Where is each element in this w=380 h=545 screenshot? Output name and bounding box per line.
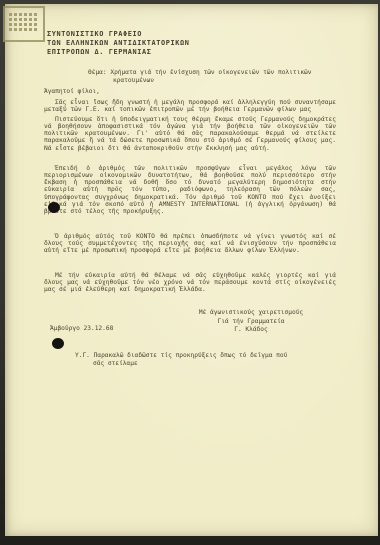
body-paragraph: Ὁ ἀριθμός αὐτός τοῦ KONTO θά πρέπει ὁπωσ…: [44, 233, 336, 254]
dateline: Ἁμβοῦργο 23.12.68: [50, 325, 113, 332]
punch-hole: [48, 202, 60, 213]
punch-hole: [52, 338, 64, 349]
scanned-letter: ΣΥΝΤΟΝΙΣΤΙΚΟ ΓΡΑΦΕΙΟ ΤΩΝ ΕΛΛΗΝΙΚΩΝ ΑΝΤΙΔ…: [0, 0, 380, 545]
salutation: Ἀγαπητοί φίλοι,: [44, 88, 100, 95]
postscript-line-2: σᾶς στείλαμε: [93, 360, 138, 367]
stamp-text-line: [9, 28, 39, 31]
letterhead-line-3: ΕΠΙΤΡΟΠΩΝ Δ. ΓΕΡΜΑΝΙΑΣ: [47, 48, 151, 56]
postscript-line-1: Υ.Γ. Παρακαλῶ διαδῶστε τίς προκηρύξεις ὅ…: [75, 352, 287, 359]
letterhead-line-1: ΣΥΝΤΟΝΙΣΤΙΚΟ ΓΡΑΦΕΙΟ: [47, 30, 142, 38]
body-paragraph: Σᾶς εἶναι ἴσως ἤδη γνωστή ἡ μεγάλη προσφ…: [44, 99, 336, 113]
stamp-text-line: [9, 13, 39, 16]
subject-line-2: κρατουμένων: [113, 77, 154, 84]
stamp-text-line: [9, 18, 39, 21]
closing-role: Γιά τήν Γραμματεία: [183, 318, 319, 327]
body-paragraph: Μέ τήν εὐκαιρία αὐτή θά θέλαμε νά σᾶς εὐ…: [44, 272, 336, 293]
closing-block: Μέ ἀγωνιστικούς χαιρετισμούς Γιά τήν Γρα…: [183, 309, 319, 335]
body-paragraph: Πιστεύουμε ὅτι ἡ ὑποδειγματική τους θέρμ…: [44, 116, 336, 152]
closing-salutation: Μέ ἀγωνιστικούς χαιρετισμούς: [183, 309, 319, 318]
stamp-text-line: [9, 23, 39, 26]
archive-stamp-icon: [3, 6, 45, 42]
signature-name: Γ. Κλάδος: [183, 326, 319, 335]
body-paragraph: Ἐπειδή ὁ ἀριθμός τῶν πολιτικῶν προσφύγων…: [44, 165, 336, 215]
letter-page: ΣΥΝΤΟΝΙΣΤΙΚΟ ΓΡΑΦΕΙΟ ΤΩΝ ΕΛΛΗΝΙΚΩΝ ΑΝΤΙΔ…: [5, 4, 378, 536]
subject-line-1: Θέμα: Χρήματα γιά τήν ἐνίσχυση τῶν οἰκογ…: [88, 69, 312, 76]
letterhead-line-2: ΤΩΝ ΕΛΛΗΝΙΚΩΝ ΑΝΤΙΔΙΚΤΑΤΟΡΙΚΩΝ: [47, 39, 189, 47]
